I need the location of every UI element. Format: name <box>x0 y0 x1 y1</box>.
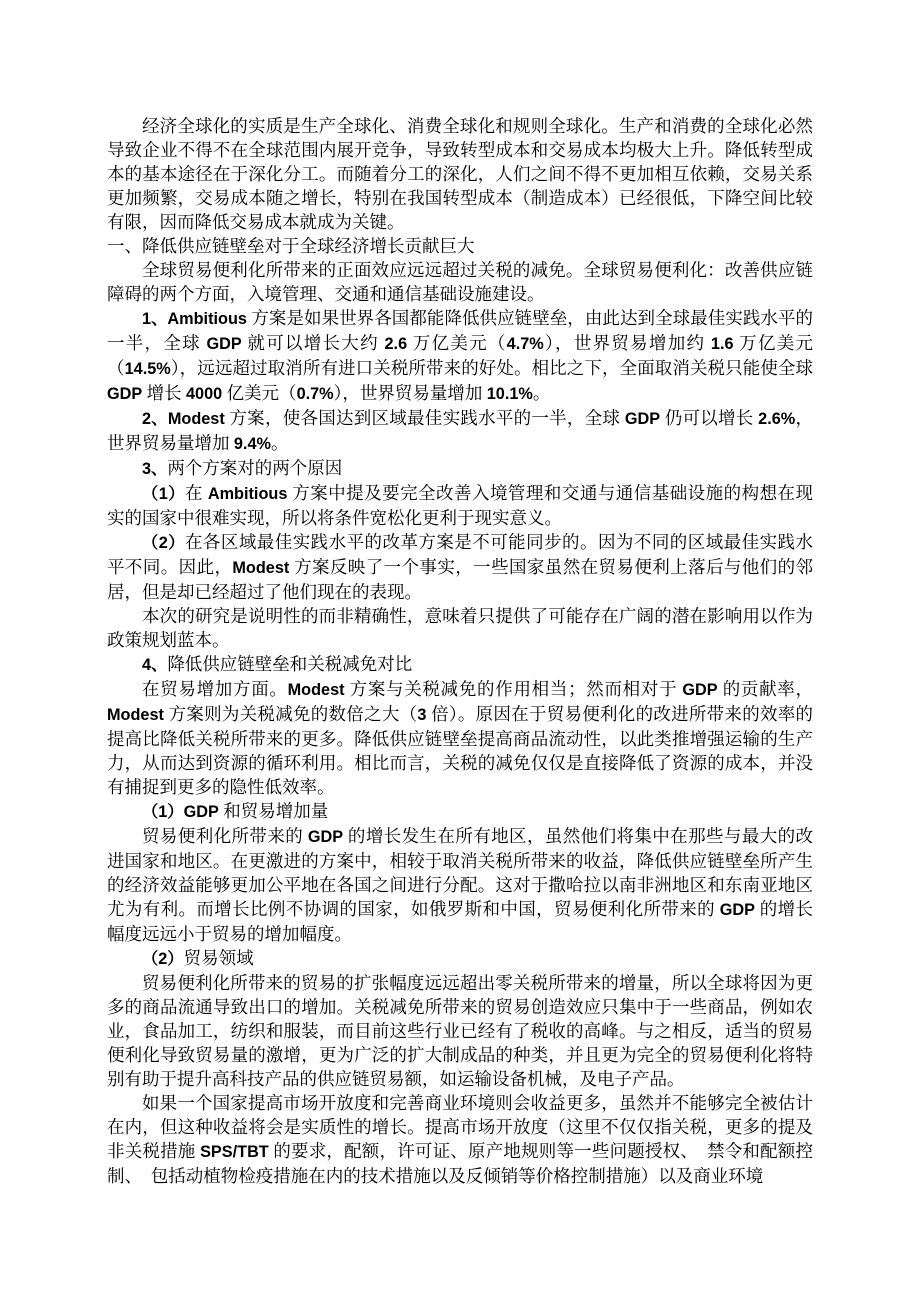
text-run: 就可以增长大约 <box>242 333 385 353</box>
bold-text-run: GDP <box>308 828 343 846</box>
bold-text-run: 2.6% <box>758 410 795 428</box>
text-run: 在 <box>185 483 208 503</box>
bold-text-run: 4.7% <box>507 335 544 353</box>
body-paragraph: 贸易便利化所带来的 GDP 的增长发生在所有地区，虽然他们将集中在那些与最大的改… <box>107 824 813 946</box>
body-paragraph: （1）在 Ambitious 方案中提及要完全改善入境管理和交通与通信基础设施的… <box>107 481 813 530</box>
bold-text-run: 10.1% <box>487 385 533 403</box>
bold-text-run: 0.7% <box>297 385 334 403</box>
bold-text-run: 3、 <box>142 460 167 478</box>
document-page: 经济全球化的实质是生产全球化、消费全球化和规则全球化。生产和消费的全球化必然导致… <box>0 0 920 1302</box>
bold-text-run: 4、 <box>142 656 167 674</box>
bold-text-run: GDP <box>682 681 717 699</box>
text-run: 贸易便利化所带来的 <box>142 826 308 846</box>
sub-heading: 4、降低供应链壁垒和关税减免对比 <box>107 652 813 677</box>
text-run: 。 <box>533 383 551 403</box>
section-heading: 一、降低供应链壁垒对于全球经济增长贡献巨大 <box>107 234 813 258</box>
body-paragraph: 全球贸易便利化所带来的正面效应远远超过关税的减免。全球贸易便利化：改善供应链障碍… <box>107 258 813 306</box>
document-body: 经济全球化的实质是生产全球化、消费全球化和规则全球化。生产和消费的全球化必然导致… <box>107 114 813 1188</box>
bold-text-run: （2） <box>142 950 184 968</box>
bold-text-run: 14.5% <box>125 360 171 378</box>
bold-text-run: GDP <box>107 385 142 403</box>
body-paragraph: 贸易便利化所带来的贸易的扩张幅度远远超出零关税所带来的增量，所以全球将因为更多的… <box>107 971 813 1091</box>
text-run: 方案与关税减免的作用相当；然而相对于 <box>345 679 683 699</box>
bold-text-run: 2、Modest <box>142 410 225 428</box>
text-run: 增长 <box>142 383 186 403</box>
text-run: 和贸易增加量 <box>219 801 328 821</box>
bold-text-run: （1）GDP <box>142 803 219 821</box>
bold-text-run: GDP <box>625 410 660 428</box>
text-run: 贸易便利化所带来的贸易的扩张幅度远远超出零关税所带来的增量，所以全球将因为更多的… <box>107 973 813 1089</box>
text-run: 降低供应链壁垒和关税减免对比 <box>167 654 412 674</box>
text-run: 方案，使各国达到区域最佳实践水平的一半，全球 <box>225 408 625 428</box>
body-paragraph: （2）在各区域最佳实践水平的改革方案是不可能同步的。因为不同的区域最佳实践水平不… <box>107 530 813 604</box>
text-run: 一、降低供应链壁垒对于全球经济增长贡献巨大 <box>107 236 475 256</box>
text-run: 亿美元（ <box>222 383 296 403</box>
text-run: 万亿美元（ <box>407 333 507 353</box>
text-run: 。 <box>271 433 289 453</box>
text-run: 全球贸易便利化所带来的正面效应远远超过关税的减免。全球贸易便利化：改善供应链障碍… <box>107 260 813 304</box>
text-run: 经济全球化的实质是生产全球化、消费全球化和规则全球化。生产和消费的全球化必然导致… <box>107 116 813 232</box>
bold-text-run: Modest <box>107 706 164 724</box>
body-paragraph: 经济全球化的实质是生产全球化、消费全球化和规则全球化。生产和消费的全球化必然导致… <box>107 114 813 234</box>
text-run: ），世界贸易增加约 <box>544 333 711 353</box>
sub-heading: 3、两个方案对的两个原因 <box>107 456 813 481</box>
bold-text-run: SPS/TBT <box>200 1143 269 1161</box>
bold-text-run: GDP <box>720 901 755 919</box>
text-run: ），世界贸易量增加 <box>334 383 487 403</box>
sub-heading: （2）贸易领域 <box>107 946 813 971</box>
bold-text-run: Modest <box>288 681 345 699</box>
bold-text-run: 9.4% <box>234 435 271 453</box>
body-paragraph: 在贸易增加方面。Modest 方案与关税减免的作用相当；然而相对于 GDP 的贡… <box>107 677 813 799</box>
bold-text-run: GDP <box>207 335 242 353</box>
bold-text-run: 4000 <box>186 385 222 403</box>
bold-text-run: Ambitious <box>208 485 288 503</box>
text-run: ），远远超过取消所有进口关税所带来的好处。相比之下，全面取消关税只能使全球 <box>171 358 813 378</box>
text-run: 仍可以增长 <box>660 408 758 428</box>
text-run: 的贡献率， <box>718 679 813 699</box>
sub-heading: （1）GDP 和贸易增加量 <box>107 799 813 824</box>
body-paragraph: 本次的研究是说明性的而非精确性，意味着只提供了可能存在广阔的潜在影响用以作为政策… <box>107 604 813 652</box>
text-run: 方案则为关税减免的数倍之大（ <box>164 704 417 724</box>
bold-text-run: 2.6 <box>385 335 408 353</box>
text-run: 本次的研究是说明性的而非精确性，意味着只提供了可能存在广阔的潜在影响用以作为政策… <box>107 606 813 650</box>
bold-text-run: （1） <box>142 485 185 503</box>
text-run: 两个方案对的两个原因 <box>167 458 342 478</box>
text-run: 在贸易增加方面。 <box>142 679 288 699</box>
bold-text-run: 1.6 <box>711 335 734 353</box>
bold-text-run: 1、Ambitious <box>142 310 247 328</box>
body-paragraph: 1、Ambitious 方案是如果世界各国都能降低供应链壁垒，由此达到全球最佳实… <box>107 306 813 406</box>
body-paragraph: 2、Modest 方案，使各国达到区域最佳实践水平的一半，全球 GDP 仍可以增… <box>107 406 813 456</box>
body-paragraph: 如果一个国家提高市场开放度和完善商业环境则会收益更多，虽然并不能够完全被估计在内… <box>107 1091 813 1188</box>
bold-text-run: （2） <box>142 534 185 552</box>
text-run: 贸易领域 <box>184 948 254 968</box>
bold-text-run: Modest <box>232 559 289 577</box>
